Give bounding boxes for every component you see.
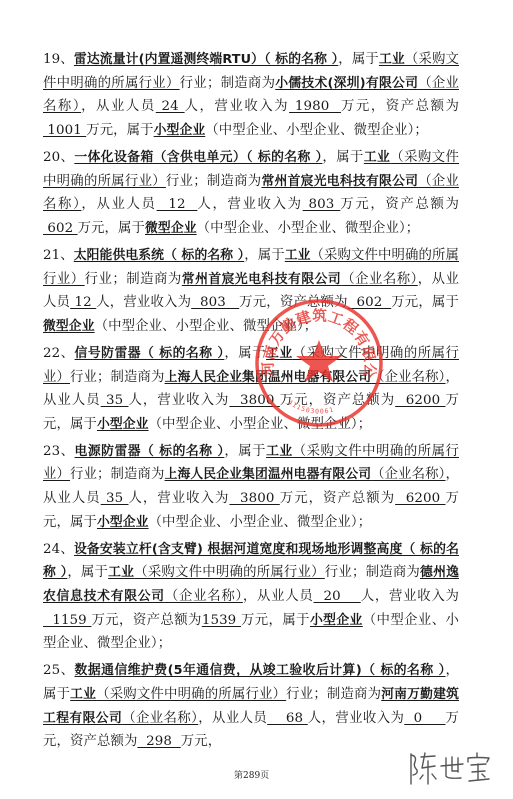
employee-count: 20 [314,589,361,604]
manufacturer-name: 上海人民企业集团温州电器有限公司 [165,467,372,482]
enterprise-size: 微型企业 [145,221,197,236]
industry: 工业 [364,150,390,165]
text: 万元，资产总额为 [280,393,395,408]
text: ，从业人员 [243,589,314,604]
industry: 工业 [285,248,311,263]
revenue-value: 3800 [229,393,279,408]
item-paragraph: 19、雷达流量计(内置遥测终端RTU）（ 标的名称 ），属于工业（采购文件中明确… [43,48,459,142]
item-number: 21、 [43,248,74,263]
revenue-value: 1980 [289,99,341,114]
size-note: （中型企业、小型企业、微型企业）； [197,221,420,236]
text: 万元，资产总额为 [280,491,395,506]
revenue-value: 0 [404,711,445,726]
text: 行业；制造商为 [325,565,420,580]
signature-icon [405,748,495,788]
item-paragraph: 22、信号防雷器（ 标的名称 ），属于工业（采购文件中明确的所属行业）行业；制造… [43,342,459,436]
text: 万元，资产总额为 [91,613,201,628]
item-name: 信号防雷器（ 标的名称 ） [75,346,225,361]
text: 行业；制造商为 [286,687,381,702]
item-number: 19、 [43,52,74,67]
revenue-value: 803 [191,295,239,310]
assets-value: 602 [43,221,78,236]
assets-value: 6200 [395,491,445,506]
item-number: 22、 [43,346,75,361]
item-name: 雷达流量计(内置遥测终端RTU）（ 标的名称 ） [74,52,338,67]
assets-value: 1001 [43,123,86,138]
manufacturer-name: 小儒技术(深圳)有限公司 [275,76,418,91]
text: 万元，属于 [391,295,459,310]
text: 万元，属于 [78,221,145,236]
enterprise-size: 小型企业 [97,417,149,432]
text: 万元，资产总额为 [340,197,459,212]
revenue-value: 3800 [229,491,279,506]
enterprise-size: 小型企业 [154,123,206,138]
item-paragraph: 24、设备安装立杆(含支臂) 根据河道宽度和现场地形调整高度（ 标的名称 ），属… [43,538,459,656]
manufacturer-note: （企业名称） [122,711,198,726]
text: 人，营业收入为 [129,491,230,506]
employee-count: 12 [70,295,96,310]
item-number: 20、 [43,150,74,165]
assets-value: 602 [348,295,392,310]
document-page: 19、雷达流量计(内置遥测终端RTU）（ 标的名称 ），属于工业（采购文件中明确… [0,0,513,799]
text: 人，营业收入为 [129,393,230,408]
text: 人，营业收入为 [308,711,405,726]
text: 行业；制造商为 [70,370,165,385]
text: 人，营业收入为 [361,589,459,604]
text: ，属于 [244,248,285,263]
item-name: 电源防雷器（ 标的名称 ） [75,444,225,459]
item-name: 一体化设备箱（含供电单元）（ 标的名称 ） [74,150,322,165]
document-body: 19、雷达流量计(内置遥测终端RTU）（ 标的名称 ），属于工业（采购文件中明确… [43,48,459,757]
text: ，属于 [224,444,266,459]
item-name: 太阳能供电系统（ 标的名称 ） [74,248,244,263]
text: ，从业人员 [81,99,156,114]
text: 行业；制造商为 [180,76,276,91]
employee-count: 35 [101,393,129,408]
size-note: （中型企业、小型企业、微型企业）； [149,417,372,432]
item-number: 25、 [43,663,75,678]
size-note: （中型企业、小型企业、微型企业）； [149,515,372,530]
manufacturer-note: （企业名称） [341,272,418,287]
text: 万元，属于 [86,123,153,138]
industry-note: （采购文件中明确的所属行业） [134,565,325,580]
text: 万元，资产总额为 [341,99,459,114]
revenue-value: 803 [303,197,341,212]
text: 行业；制造商为 [166,174,262,189]
item-number: 23、 [43,444,75,459]
industry: 工业 [379,52,405,67]
item-paragraph: 23、电源防雷器（ 标的名称 ），属于工业（采购文件中明确的所属行业）行业；制造… [43,440,459,534]
enterprise-size: 微型企业 [43,319,95,334]
text: ，从业人员 [81,197,156,212]
industry-note: （采购文件中明确的所属行业） [96,687,286,702]
employee-count: 68 [267,711,308,726]
manufacturer-name: 常州首宸光电科技有限公司 [182,272,341,287]
revenue-value: 1159 [43,613,91,628]
manufacturer-note: （企业名称） [371,370,445,385]
page-number: 第289页 [234,768,269,781]
employee-count: 24 [156,99,185,114]
text: ，属于 [67,565,108,580]
item-paragraph: 20、一体化设备箱（含供电单元）（ 标的名称 ），属于工业（采购文件中明确的所属… [43,146,459,240]
size-note: （中型企业、小型企业、微型企业）； [95,319,318,334]
industry: 工业 [108,565,134,580]
industry: 工业 [266,444,293,459]
item-paragraph: 25、数据通信维护费(5年通信费，从竣工验收后计算)（ 标的名称 ），属于工业（… [43,659,459,753]
item-number: 24、 [43,542,74,557]
item-paragraph: 21、太阳能供电系统（ 标的名称 ），属于工业（采购文件中明确的所属行业）行业；… [43,244,459,338]
manufacturer-note: （企业名称） [371,467,445,482]
manufacturer-name: 常州首宸光电科技有限公司 [261,174,418,189]
employee-count: 12 [157,197,198,212]
text: 人，营业收入为 [185,99,290,114]
text: ，属于 [322,150,363,165]
size-note: （中型企业、小型企业、微型企业）； [205,123,428,138]
text: 万元，属于 [241,613,310,628]
assets-value: 6200 [395,393,445,408]
text: ，属于 [224,346,266,361]
text: 万元， [181,734,221,749]
assets-value: 1539 [202,613,241,628]
text: ，属于 [338,52,379,67]
employee-count: 35 [101,491,129,506]
item-name: 数据通信维护费(5年通信费，从竣工验收后计算)（ 标的名称 ） [75,663,446,678]
industry: 工业 [266,346,293,361]
text: 万元，资产总额为 [239,295,348,310]
enterprise-size: 小型企业 [97,515,149,530]
text: ，从业人员 [198,711,267,726]
enterprise-size: 小型企业 [310,613,363,628]
text: 行业；制造商为 [85,272,182,287]
text: 人，营业收入为 [197,197,302,212]
industry: 工业 [70,687,96,702]
manufacturer-note: （企业名称） [165,589,243,604]
text: 人，营业收入为 [96,295,191,310]
text: 行业；制造商为 [70,467,165,482]
manufacturer-name: 上海人民企业集团温州电器有限公司 [165,370,372,385]
assets-value: 298 [137,734,180,749]
